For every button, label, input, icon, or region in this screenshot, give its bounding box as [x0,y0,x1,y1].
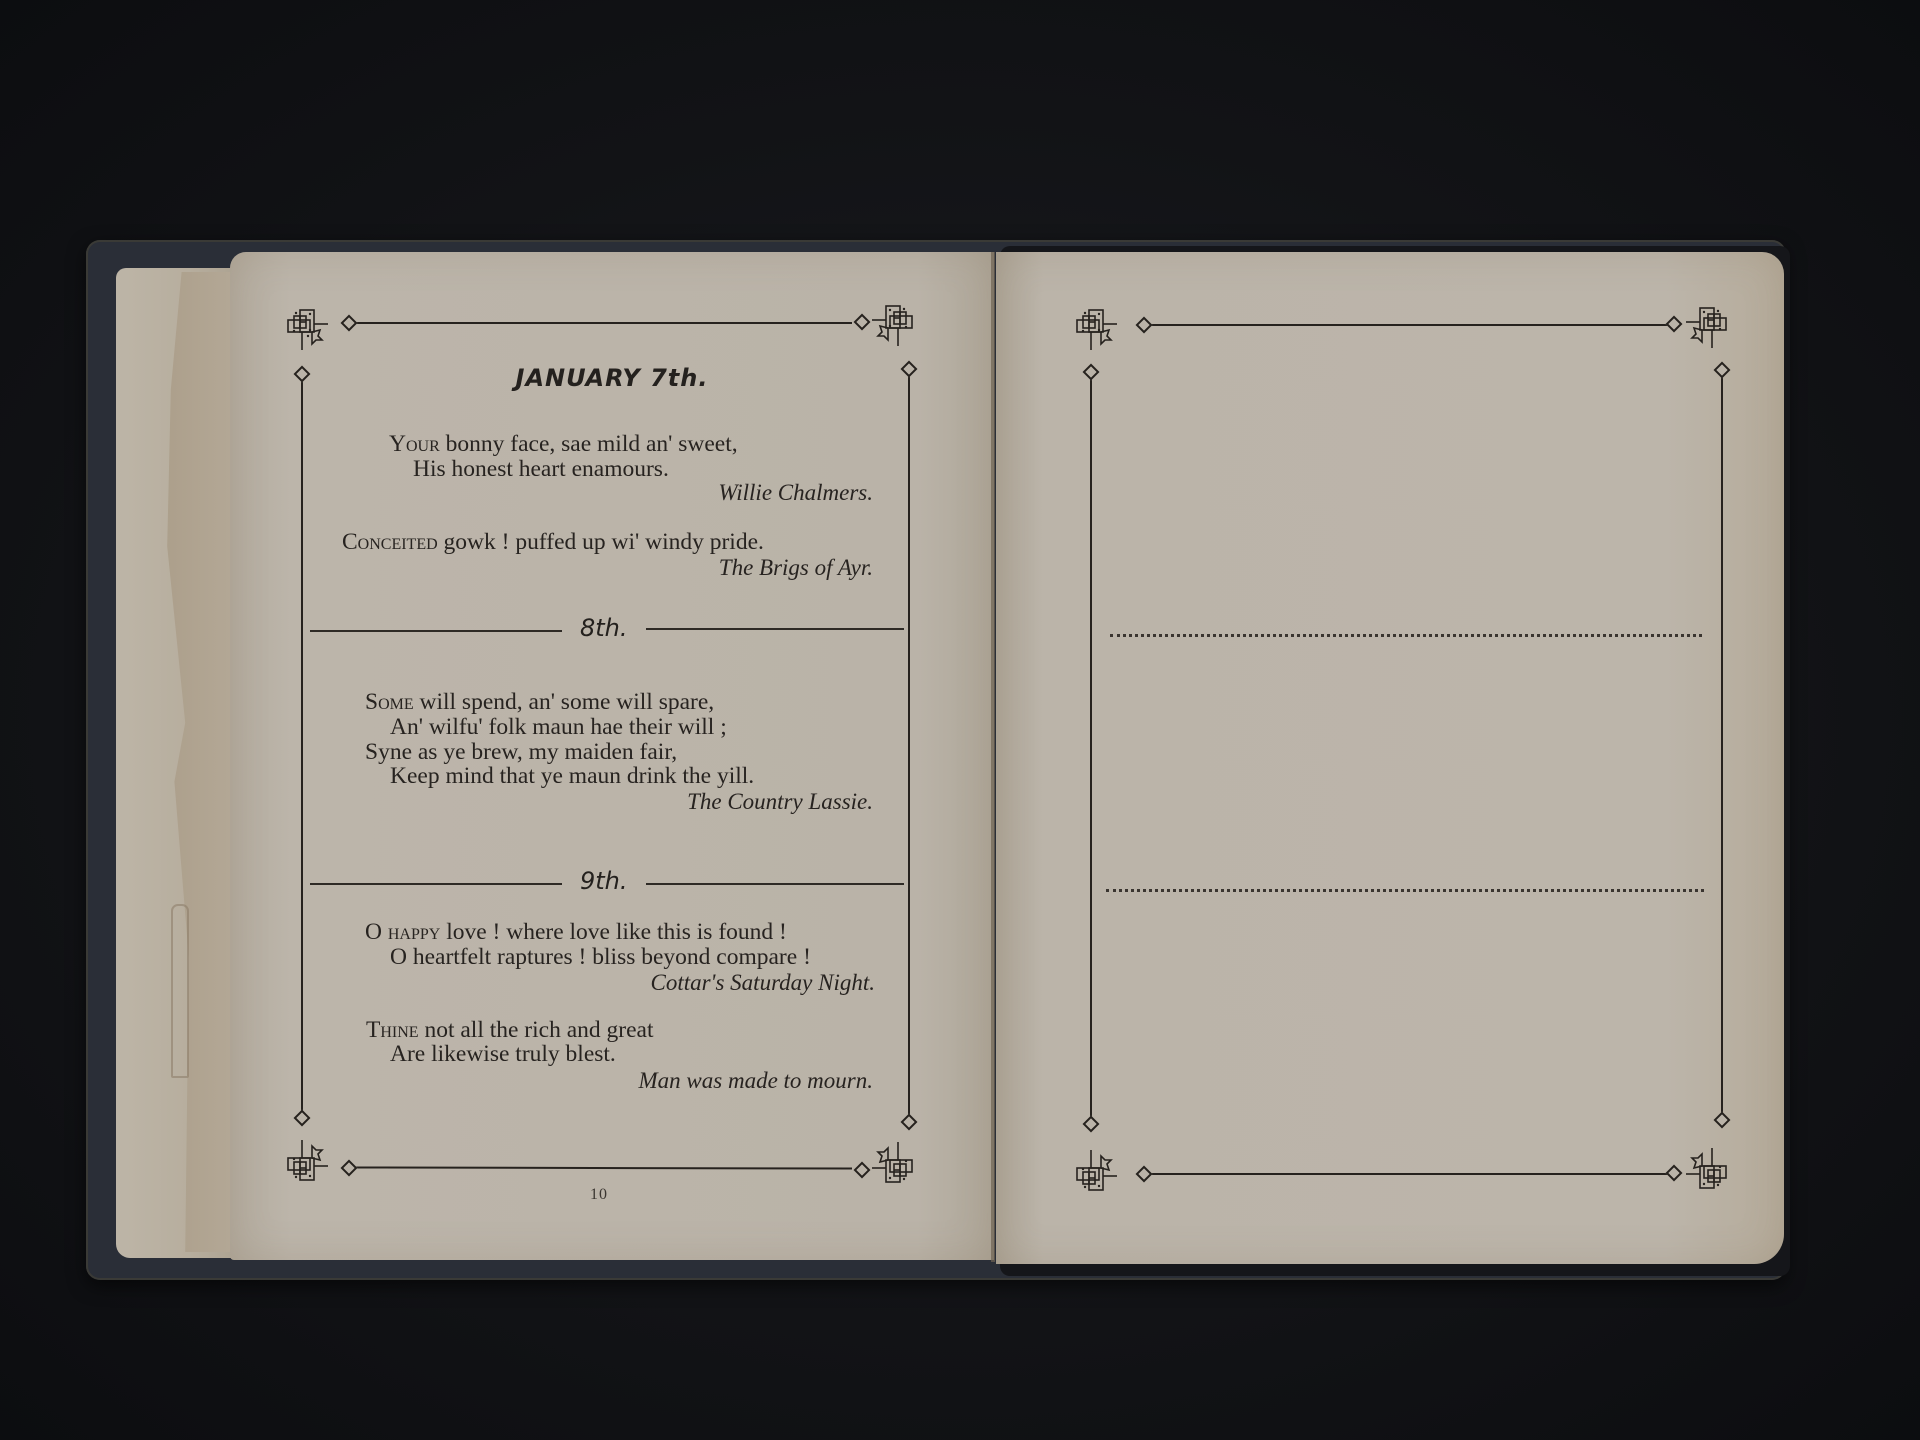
day-heading: 9th. [580,867,628,895]
section-rule [646,883,904,885]
quote-verse: Thine not all the rich and great [366,1018,654,1043]
quote-verse: Syne as ye brew, my maiden fair, [365,740,677,765]
quote-verse: Are likewise truly blest. [390,1042,616,1067]
dotted-rule [1110,634,1702,637]
corner-ornament-icon [1686,304,1730,348]
page-title: JANUARY 7th. [230,364,994,392]
quote-verse: His honest heart enamours. [413,457,669,482]
quote-verse: Your bonny face, sae mild an' sweet, [389,432,738,457]
quote-verse: Some will spend, an' some will spare, [365,690,714,715]
corner-ornament-icon [284,306,328,350]
corner-ornament-icon [284,1140,328,1184]
quote-verse: Conceited gowk ! puffed up wi' windy pri… [342,530,764,555]
section-rule [310,883,562,885]
corner-ornament-icon [872,302,916,346]
dotted-rule [1106,889,1704,892]
corner-ornament-icon [1073,1150,1117,1194]
section-rule [646,628,904,630]
right-page [996,252,1784,1264]
corner-ornament-icon [1686,1148,1730,1192]
quote-verse: O heartfelt raptures ! bliss beyond comp… [390,945,811,970]
thumb-tab-mark [171,904,189,1078]
quote-source: The Country Lassie. [687,789,873,815]
page-number: 10 [590,1186,608,1204]
corner-ornament-icon [872,1142,916,1186]
quote-verse: O happy love ! where love like this is f… [365,920,787,945]
corner-ornament-icon [1073,306,1117,350]
quote-source: Willie Chalmers. [718,480,873,506]
quote-verse: An' wilfu' folk maun hae their will ; [390,715,727,740]
day-heading: 8th. [580,614,628,642]
gutter [991,252,995,1262]
quote-verse: Keep mind that ye maun drink the yill. [390,764,754,789]
quote-source: Cottar's Saturday Night. [650,970,875,996]
section-rule [310,630,562,632]
quote-source: Man was made to mourn. [639,1068,873,1094]
quote-source: The Brigs of Ayr. [719,555,873,581]
